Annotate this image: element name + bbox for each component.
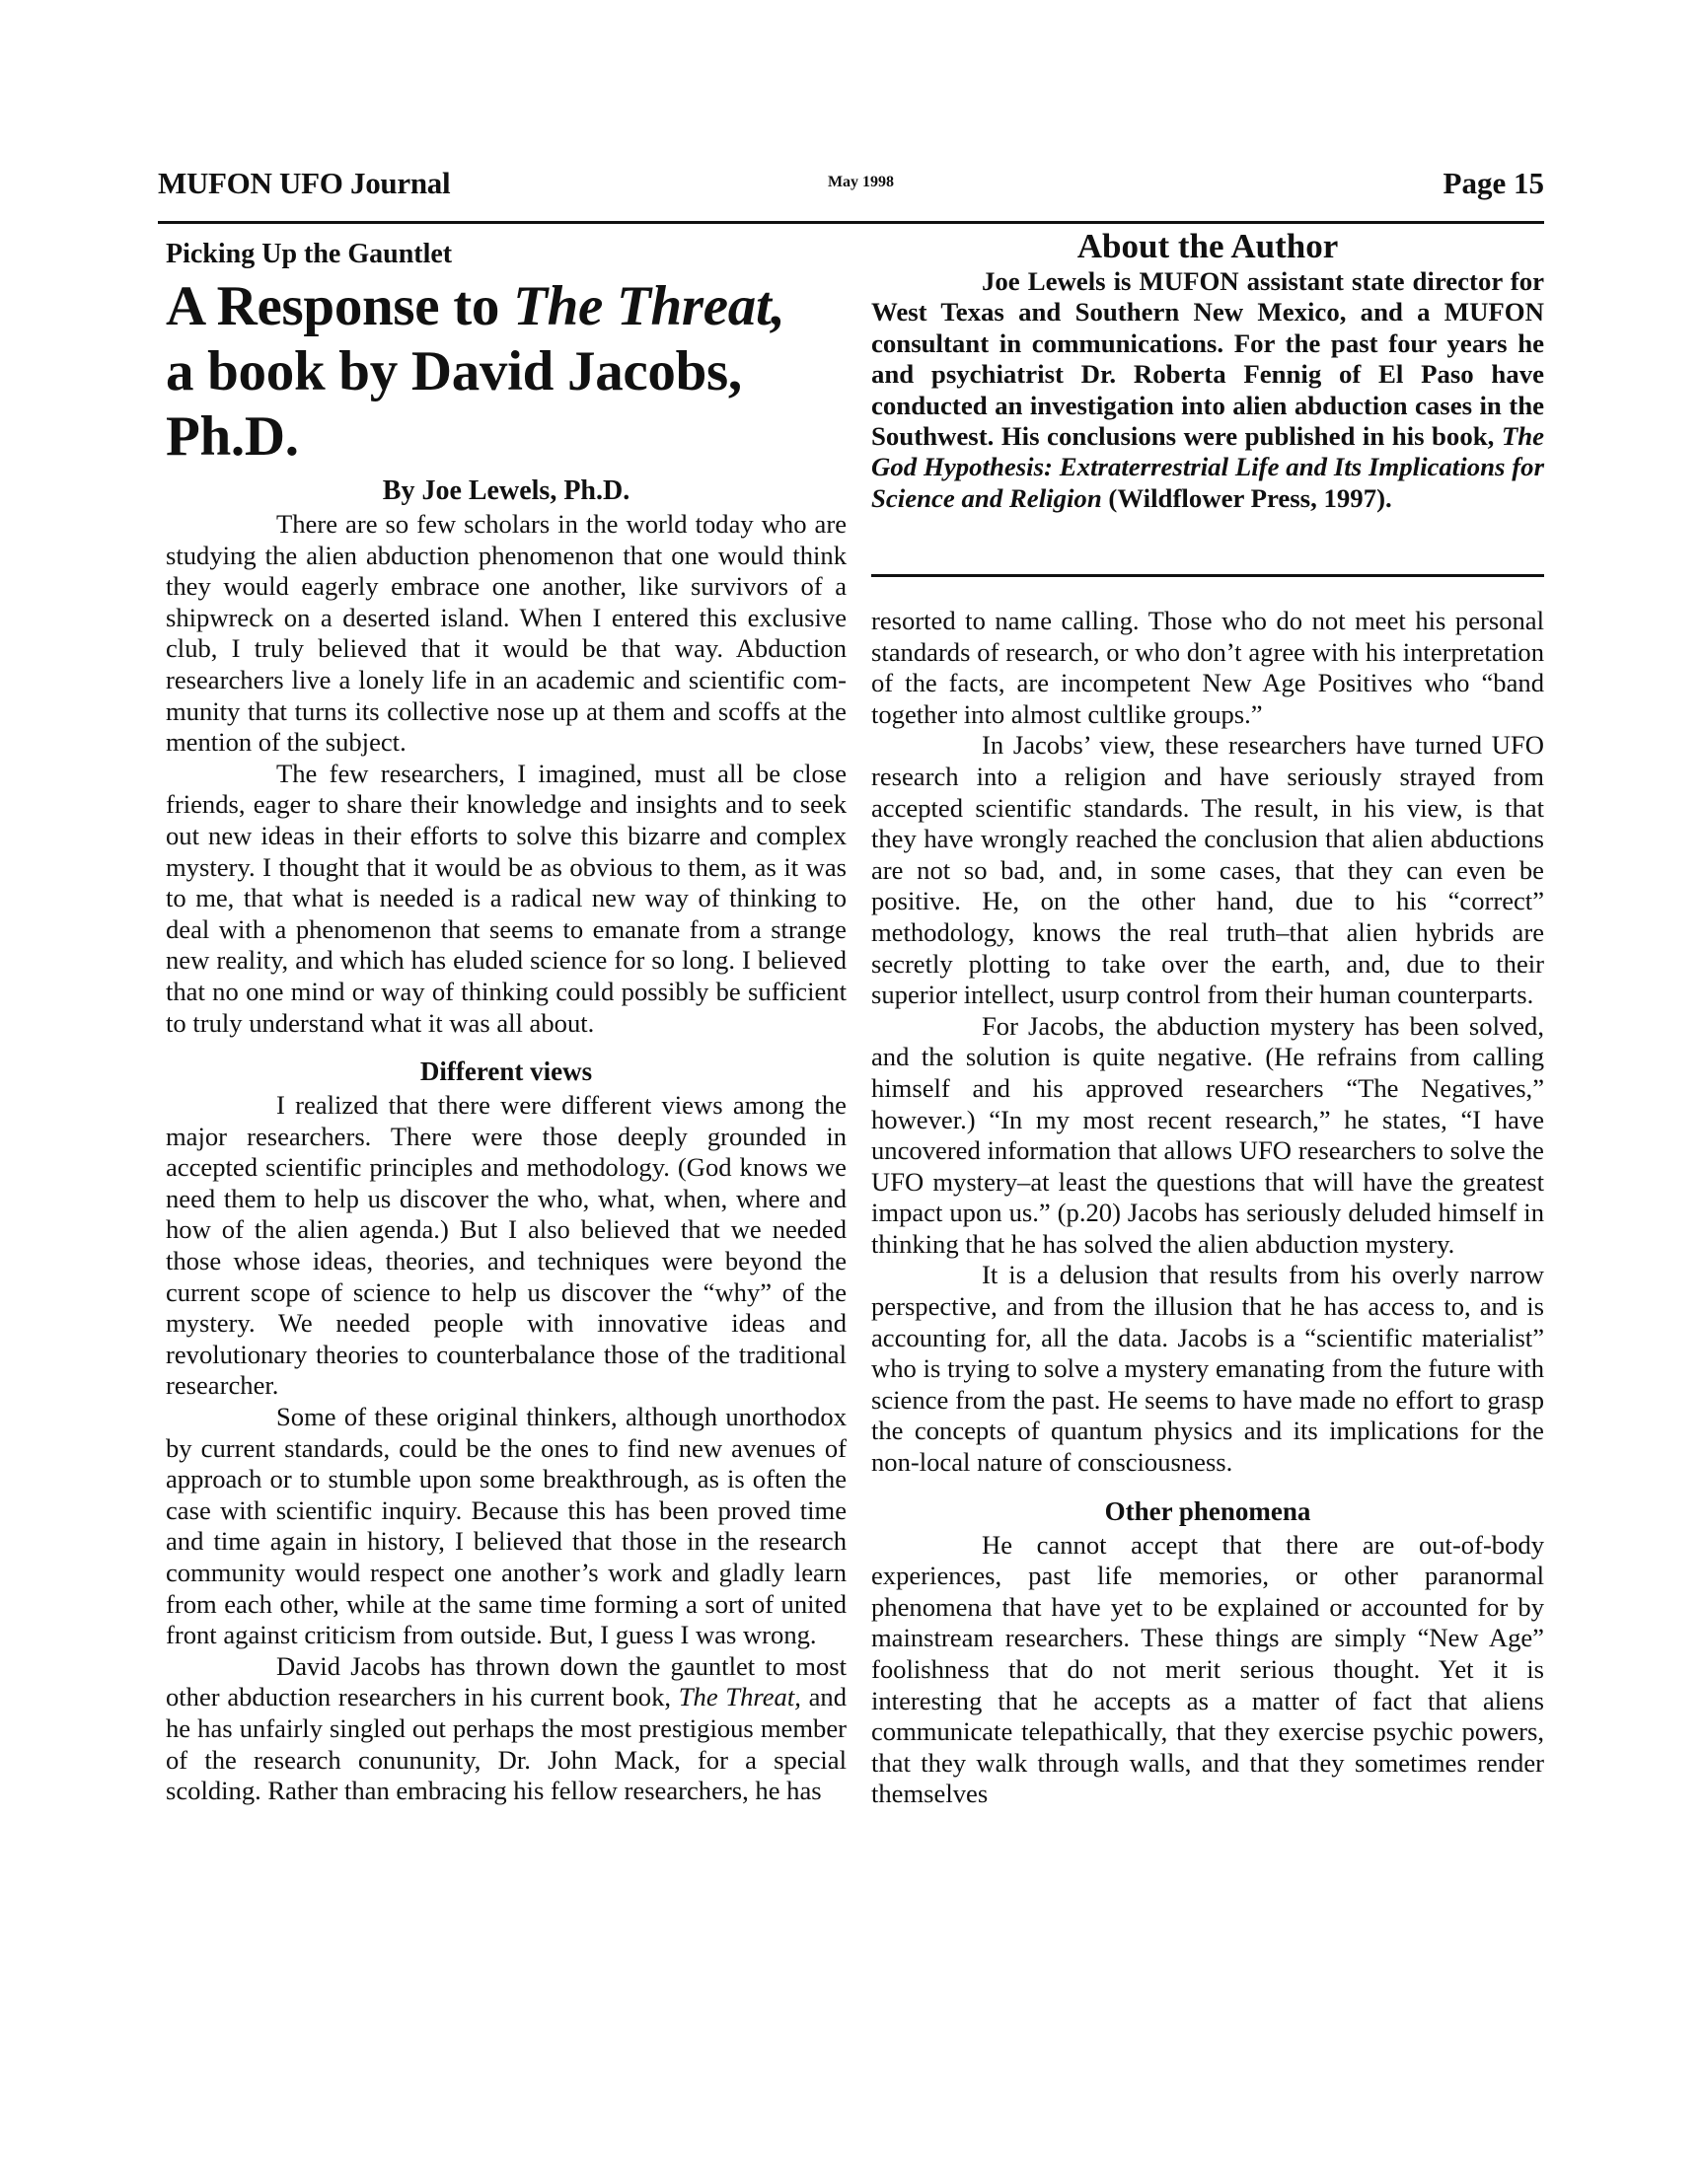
paragraph: There are so few scholars in the world t… [166, 509, 847, 759]
article-headline: A Response to The Threat, a book by Davi… [166, 274, 847, 470]
paragraph: He cannot accept that there are out-of-b… [871, 1530, 1544, 1810]
about-author-title: About the Author [871, 227, 1544, 266]
paragraph: resorted to name calling. Those who do n… [871, 606, 1544, 730]
header-rule [158, 221, 1544, 224]
about-author-text: Joe Lewels is MUFON assistant state dire… [871, 266, 1544, 514]
paragraph: For Jacobs, the abduction mystery has be… [871, 1011, 1544, 1261]
book-title-italic: The Threat, [679, 1682, 801, 1711]
headline-book-title: The Threat, [513, 275, 784, 337]
page-number: Page 15 [1443, 166, 1544, 201]
about-author-body: Joe Lewels is MUFON assistant state dire… [871, 266, 1544, 514]
subhead-different-views: Different views [166, 1055, 847, 1088]
paragraph: The few researchers, I imagined, must al… [166, 759, 847, 1039]
article-kicker: Picking Up the Gauntlet [166, 237, 847, 272]
running-header: MUFON UFO Journal May 1998 Page 15 [158, 166, 1544, 205]
headline-part-2: a book by David Jacobs, Ph.D. [166, 340, 742, 468]
about-author-box: About the Author Joe Lewels is MUFON ass… [871, 227, 1544, 514]
left-column: Picking Up the Gauntlet A Response to Th… [166, 233, 847, 1807]
paragraph: Some of these original thinkers, althoug… [166, 1402, 847, 1651]
headline-part-1: A Response to [166, 275, 513, 337]
right-column: resorted to name calling. Those who do n… [871, 606, 1544, 1810]
author-book-publisher: (Wildflower Press, 1997). [1102, 483, 1392, 513]
issue-date: May 1998 [158, 174, 1544, 191]
subhead-other-phenomena: Other phenomena [871, 1494, 1544, 1528]
paragraph-jacobs: David Jacobs has thrown down the gauntle… [166, 1651, 847, 1807]
byline: By Joe Lewels, Ph.D. [166, 473, 847, 509]
paragraph: I realized that there were different vie… [166, 1090, 847, 1402]
paragraph: It is a delusion that results from his o… [871, 1260, 1544, 1478]
author-bio: Joe Lewels is MUFON assistant state dire… [871, 266, 1544, 451]
paragraph: In Jacobs’ view, these researchers have … [871, 730, 1544, 1010]
about-author-rule [871, 574, 1544, 577]
